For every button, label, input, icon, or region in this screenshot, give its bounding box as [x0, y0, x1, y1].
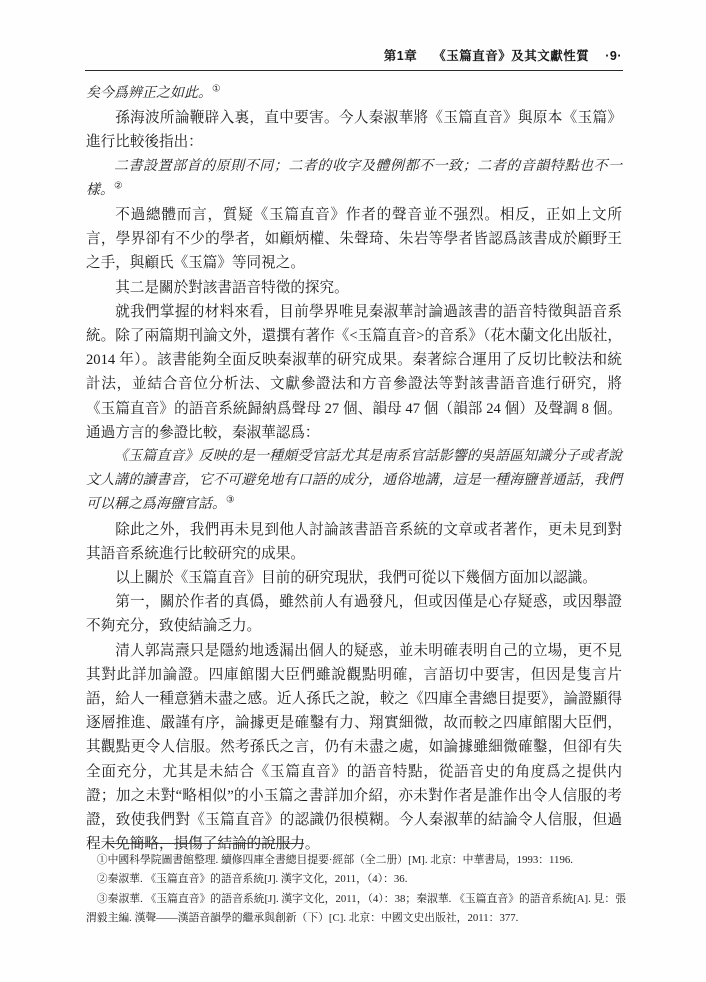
body-paragraph: 除此之外，我們再未見到他人討論該書語音系統的文章或者著作，更未見到對其語音系統進… — [86, 518, 622, 566]
body-paragraph: 其二是關於對該書語音特徵的探究。 — [86, 276, 622, 300]
header-chapter: 第1章 — [384, 46, 417, 64]
quote-paragraph: 《玉篇直音》反映的是一種頗受官話尤其是南系官話影響的吳語區知識分子或者說文人講的… — [86, 445, 622, 518]
footnote-marker: ③ — [226, 496, 235, 506]
body-paragraph: 清人郭嵩燾只是隱約地透漏出個人的疑惑，並未明確表明自己的立場，更不見其對此詳加論… — [86, 639, 622, 857]
footnote-marker: ② — [114, 181, 123, 191]
book-page: 第1章 《玉篇直音》及其文獻性質 ·9· 矣今爲辨正之如此。①孫海波所論鞭辟入裏… — [0, 0, 706, 982]
quote-paragraph: 二書設置部首的原則不同；二者的收字及體例都不一致；二者的音韻特點也不一樣。② — [86, 155, 622, 203]
running-header: 第1章 《玉篇直音》及其文獻性質 ·9· — [86, 46, 622, 64]
body-paragraph: 不過總體而言，質疑《玉篇直音》作者的聲音並不强烈。相反，正如上文所言，學界卻有不… — [86, 203, 622, 276]
header-rule — [85, 70, 623, 71]
body-paragraph: 以上關於《玉篇直音》目前的研究現狀，我們可從以下幾個方面加以認識。 — [86, 566, 622, 590]
footnote-item: ③秦淑華. 《玉篇直音》的語音系統[J]. 漢字文化，2011，（4）：38；秦… — [86, 890, 626, 929]
body-paragraph: 第一，關於作者的真僞，雖然前人有過發凡，但或因僅是心存疑惑，或因舉證不夠充分，致… — [86, 590, 622, 638]
quote-paragraph: 矣今爲辨正之如此。① — [86, 82, 622, 106]
body-text: 矣今爲辨正之如此。①孫海波所論鞭辟入裏，直中要害。今人秦淑華將《玉篇直音》與原本… — [86, 82, 622, 857]
header-title: 《玉篇直音》及其文獻性質 — [433, 46, 589, 64]
header-page-number: ·9· — [605, 49, 622, 63]
footnote-marker: ① — [212, 84, 221, 94]
body-paragraph: 就我們掌握的材料來看，目前學界唯見秦淑華討論過該書的語音特徵與語音系統。除了兩篇… — [86, 300, 622, 445]
footnotes: ①中國科學院圖書館整理. 續修四庫全書總目提要·經部（全二册）[M]. 北京：中… — [86, 851, 626, 928]
body-paragraph: 孫海波所論鞭辟入裏，直中要害。今人秦淑華將《玉篇直音》與原本《玉篇》進行比較後指… — [86, 106, 622, 154]
footnote-rule — [108, 843, 304, 844]
footnote-item: ②秦淑華. 《玉篇直音》的語音系統[J]. 漢字文化，2011，（4）：36. — [86, 870, 626, 889]
footnote-item: ①中國科學院圖書館整理. 續修四庫全書總目提要·經部（全二册）[M]. 北京：中… — [86, 851, 626, 870]
